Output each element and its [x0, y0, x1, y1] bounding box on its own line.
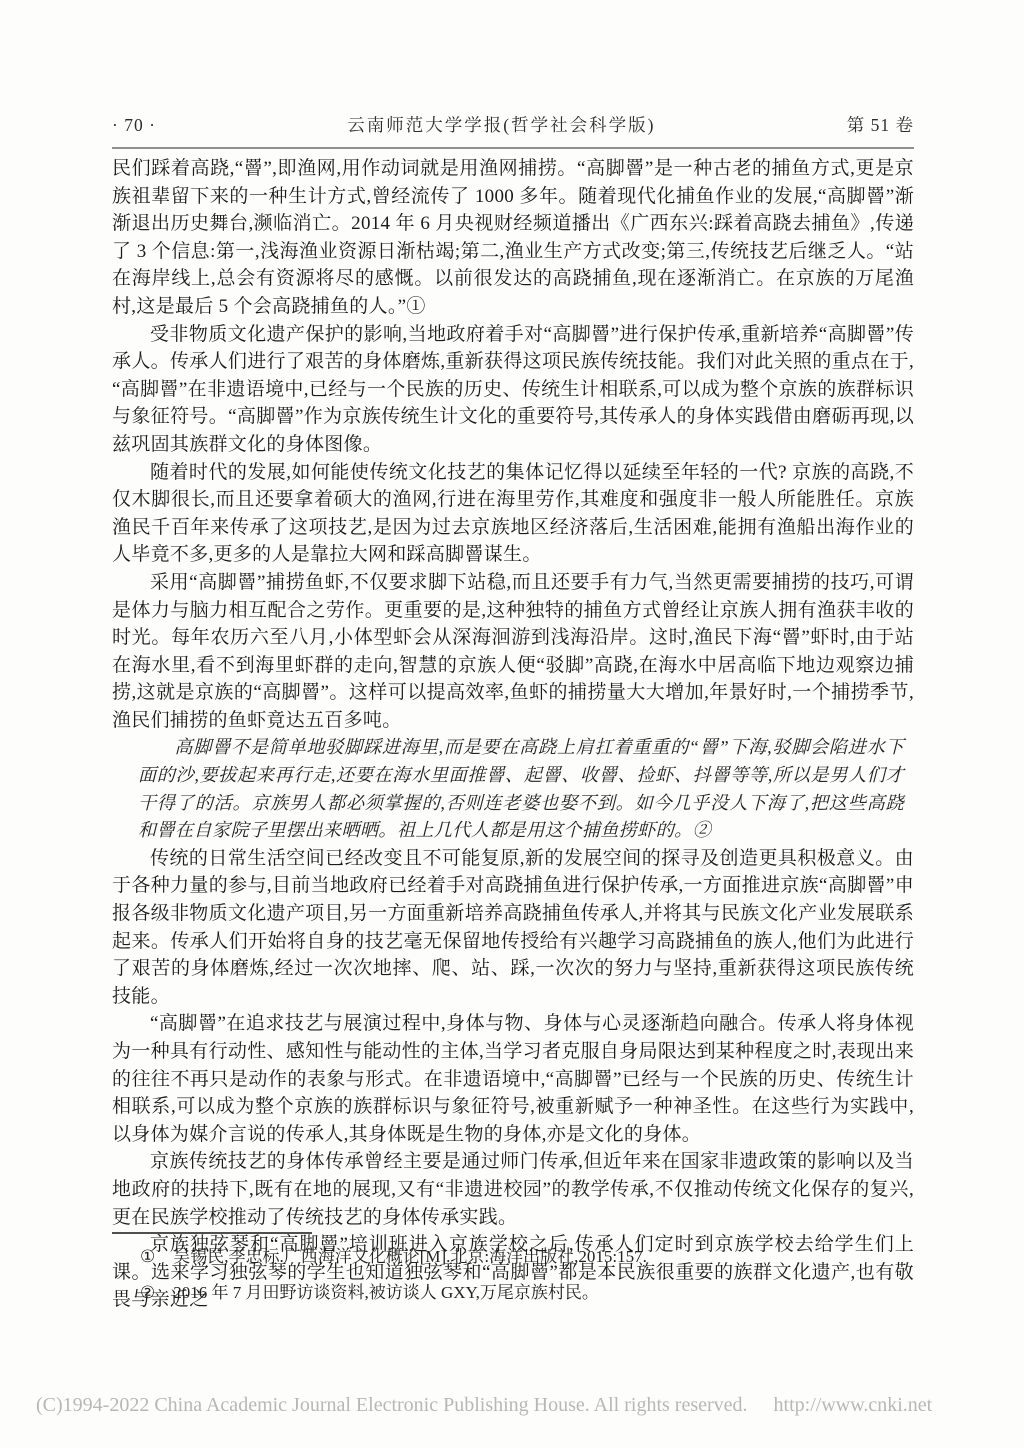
- page-number: · 70 ·: [112, 115, 156, 136]
- paragraph: 采用“高脚罾”捕捞鱼虾,不仅要求脚下站稳,而且还要手有力气,当然更需要捕捞的技巧…: [112, 569, 914, 735]
- footnote-2-marker: ②: [140, 1283, 155, 1302]
- footnote-1: ①吴锡民,李忠标.广西海洋文化概论[M].北京:海洋出版社,2015:157.: [112, 1244, 914, 1270]
- quote-paragraph: 高脚罾不是简单地驳脚踩进海里,而是要在高跷上肩扛着重重的“罾”下海,驳脚会陷进水…: [138, 734, 904, 844]
- footnote-2: ②2016 年 7 月田野访谈资料,被访谈人 GXY,万尾京族村民。: [112, 1280, 914, 1306]
- footnote-1-marker: ①: [140, 1247, 155, 1266]
- copyright-watermark: (C)1994-2022 China Academic Journal Elec…: [36, 1394, 996, 1417]
- footnote-2-text: 2016 年 7 月田野访谈资料,被访谈人 GXY,万尾京族村民。: [173, 1283, 599, 1302]
- paragraph: 京族传统技艺的身体传承曾经主要是通过师门传承,但近年来在国家非遗政策的影响以及当…: [112, 1148, 914, 1231]
- volume-number: 第 51 卷: [847, 112, 914, 137]
- footnote-divider: [112, 1232, 312, 1234]
- footnote-1-text: 吴锡民,李忠标.广西海洋文化概论[M].北京:海洋出版社,2015:157.: [173, 1247, 647, 1266]
- article-body: 民们踩着高跷,“罾”,即渔网,用作动词就是用渔网捕捞。“高脚罾”是一种古老的捕鱼…: [112, 155, 914, 1314]
- paragraph-continuation: 民们踩着高跷,“罾”,即渔网,用作动词就是用渔网捕捞。“高脚罾”是一种古老的捕鱼…: [112, 155, 914, 321]
- paragraph: 随着时代的发展,如何能使传统文化技艺的集体记忆得以延续至年轻的一代? 京族的高跷…: [112, 459, 914, 569]
- paragraph: “高脚罾”在追求技艺与展演过程中,身体与物、身体与心灵逐渐趋向融合。传承人将身体…: [112, 1010, 914, 1148]
- journal-title: 云南师范大学学报(哲学社会科学版): [347, 112, 655, 137]
- footnote-area: ①吴锡民,李忠标.广西海洋文化概论[M].北京:海洋出版社,2015:157. …: [112, 1232, 914, 1306]
- cnki-url: http://www.cnki.net: [774, 1394, 933, 1417]
- paragraph: 传统的日常生活空间已经改变且不可能复原,新的发展空间的探寻及创造更具积极意义。由…: [112, 845, 914, 1011]
- page-content: · 70 · 云南师范大学学报(哲学社会科学版) 第 51 卷 民们踩着高跷,“…: [112, 112, 914, 1314]
- journal-page: · 70 · 云南师范大学学报(哲学社会科学版) 第 51 卷 民们踩着高跷,“…: [0, 0, 1024, 1448]
- copyright-text: (C)1994-2022 China Academic Journal Elec…: [36, 1394, 748, 1417]
- page-header: · 70 · 云南师范大学学报(哲学社会科学版) 第 51 卷: [112, 112, 914, 137]
- paragraph: 受非物质文化遗产保护的影响,当地政府着手对“高脚罾”进行保护传承,重新培养“高脚…: [112, 321, 914, 459]
- header-divider: [112, 147, 914, 149]
